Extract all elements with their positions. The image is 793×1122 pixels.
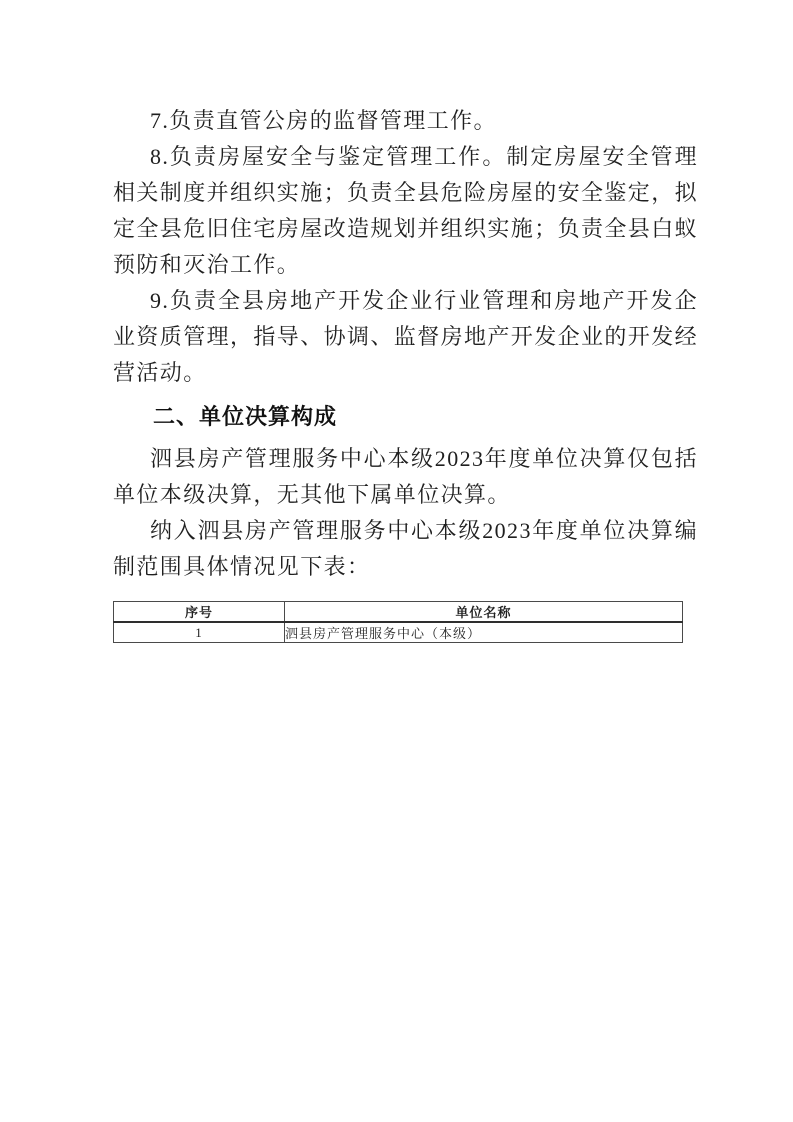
col-header-unit-name: 单位名称 (285, 602, 683, 623)
table-row: 1 泗县房产管理服务中心（本级） (114, 622, 683, 643)
cell-index: 1 (114, 622, 285, 643)
paragraph-table-intro: 纳入泗县房产管理服务中心本级2023年度单位决算编制范围具体情况见下表： (113, 513, 698, 585)
paragraph-duty-9: 9.负责全县房地产开发企业行业管理和房地产开发企业资质管理，指导、协调、监督房地… (113, 283, 698, 391)
unit-list-table: 序号 单位名称 1 泗县房产管理服务中心（本级） (113, 601, 683, 643)
unit-table-header: 序号 单位名称 (114, 602, 683, 623)
unit-table-body: 1 泗县房产管理服务中心（本级） (114, 622, 683, 643)
paragraph-duty-8: 8.负责房屋安全与鉴定管理工作。制定房屋安全管理相关制度并组织实施；负责全县危险… (113, 139, 698, 283)
section-heading-unit-final-accounts: 二、单位决算构成 (113, 399, 698, 435)
col-header-index: 序号 (114, 602, 285, 623)
table-header-row: 序号 单位名称 (114, 602, 683, 623)
cell-unit-name: 泗县房产管理服务中心（本级） (285, 622, 683, 643)
document-content: 7.负责直管公房的监督管理工作。 8.负责房屋安全与鉴定管理工作。制定房屋安全管… (113, 103, 698, 643)
paragraph-duty-7: 7.负责直管公房的监督管理工作。 (113, 103, 698, 139)
document-page: 7.负责直管公房的监督管理工作。 8.负责房屋安全与鉴定管理工作。制定房屋安全管… (0, 0, 793, 1122)
paragraph-scope-summary: 泗县房产管理服务中心本级2023年度单位决算仅包括单位本级决算，无其他下属单位决… (113, 441, 698, 513)
